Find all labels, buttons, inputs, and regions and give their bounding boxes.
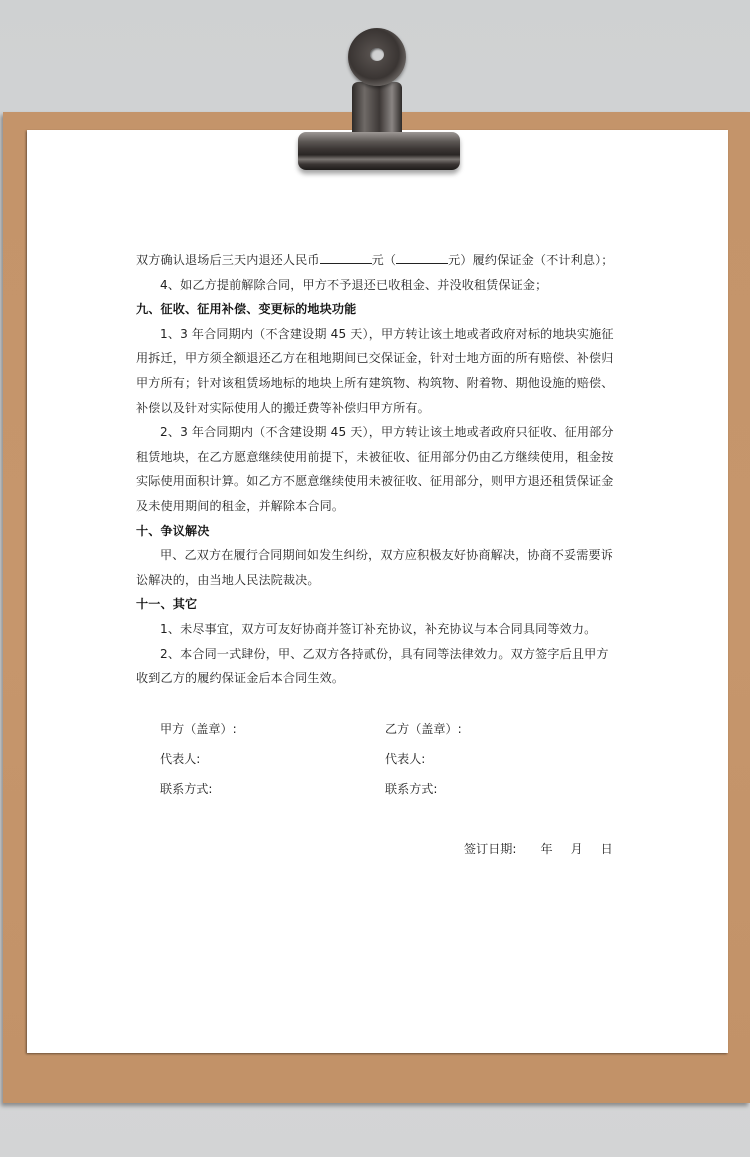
day-label: 日 [601, 842, 613, 856]
party-b-contact-label: 联系方式: [385, 780, 437, 797]
party-a-contact-label: 联系方式: [160, 780, 212, 797]
signature-block: 甲方（盖章）: 乙方（盖章）: 代表人: 代表人: 联系方式: 联系方式: [160, 720, 620, 810]
text: 双方确认退场后三天内退还人民币 [136, 253, 320, 267]
signature-row-contact: 联系方式: 联系方式: [160, 780, 620, 810]
section-heading-9: 九、征收、征用补偿、变更标的地块功能 [136, 297, 614, 322]
text: 元）履约保证金（不计利息）； [448, 253, 613, 267]
party-b-representative-label: 代表人: [385, 750, 425, 767]
signing-date-label: 签订日期: [464, 842, 516, 856]
party-b-seal-label: 乙方（盖章）: [385, 720, 462, 737]
party-a-seal-label: 甲方（盖章）: [160, 720, 237, 737]
text: 元（ [372, 253, 397, 267]
paragraph-9-1: 1、3 年合同期内（不含建设期 45 天），甲方转让该土地或者政府对标的地块实施… [136, 322, 614, 420]
paragraph-refund: 双方确认退场后三天内退还人民币元（元）履约保证金（不计利息）； [136, 248, 614, 273]
clip-hole [370, 48, 384, 61]
paragraph-10: 甲、乙双方在履行合同期间如发生纠纷，双方应积极友好协商解决，协商不妥需要诉讼解决… [136, 543, 614, 592]
blank-amount-line [320, 251, 372, 264]
contract-body: 双方确认退场后三天内退还人民币元（元）履约保证金（不计利息）； 4、如乙方提前解… [136, 248, 614, 691]
signature-row-representative: 代表人: 代表人: [160, 750, 620, 780]
clip-ring [348, 28, 406, 86]
section-heading-11: 十一、其它 [136, 592, 614, 617]
month-label: 月 [571, 842, 583, 856]
blank-amount-line-uppercase [396, 251, 448, 264]
signature-row-seal: 甲方（盖章）: 乙方（盖章）: [160, 720, 620, 750]
paragraph-11-1: 1、未尽事宜，双方可友好协商并签订补充协议，补充协议与本合同具同等效力。 [136, 617, 614, 642]
party-a-representative-label: 代表人: [160, 750, 200, 767]
paragraph-early-termination: 4、如乙方提前解除合同，甲方不予退还已收租金、并没收租赁保证金； [136, 273, 614, 298]
paragraph-11-2: 2、本合同一式肆份，甲、乙双方各持贰份，具有同等法律效力。双方签字后且甲方收到乙… [136, 642, 614, 691]
signing-date: 签订日期:年月日 [464, 840, 613, 857]
binder-clip-icon [296, 24, 462, 172]
year-label: 年 [540, 842, 552, 856]
clip-bar [298, 132, 460, 170]
paragraph-9-2: 2、3 年合同期内（不含建设期 45 天），甲方转让该土地或者政府只征收、征用部… [136, 420, 614, 518]
section-heading-10: 十、争议解决 [136, 519, 614, 544]
